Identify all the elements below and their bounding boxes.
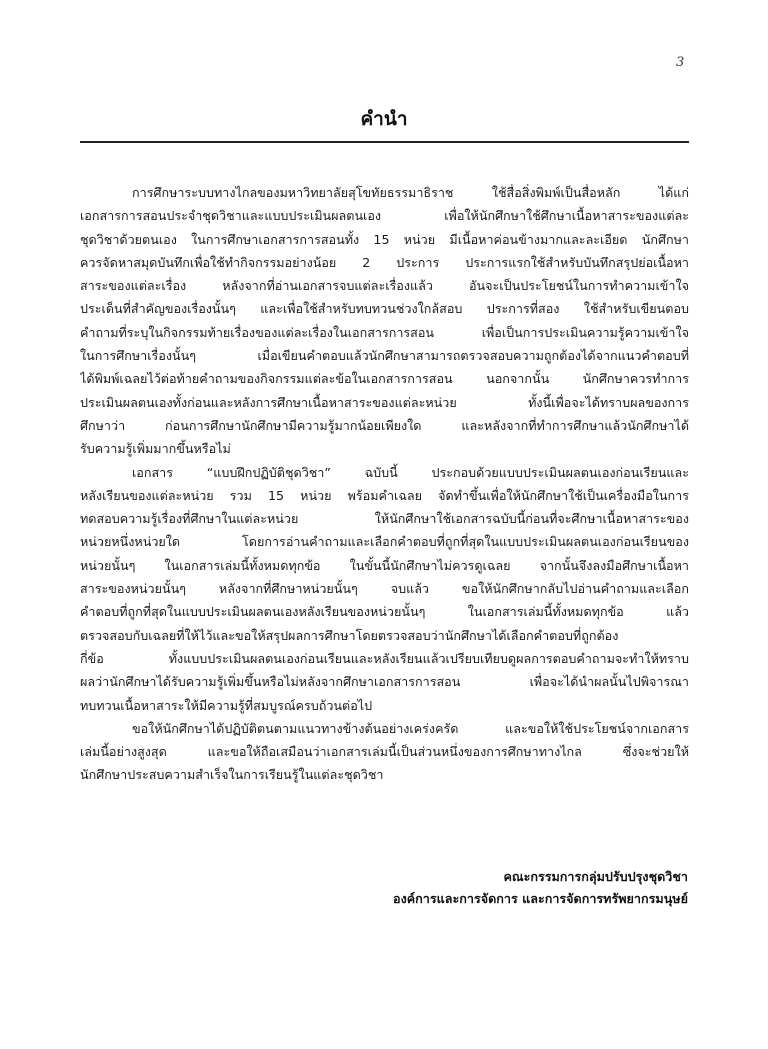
body-text-line: คำถามที่ระบุในกิจกรรมท้ายเรื่องของแต่ละเ… (80, 321, 689, 344)
title-divider (80, 141, 689, 143)
body-text-line: หลังเรียนของแต่ละหน่วย รวม 15 หน่วย พร้อ… (80, 484, 689, 507)
body-text-line: ชุดวิชาด้วยตนเอง ในการศึกษาเอกสารการสอนท… (80, 228, 689, 251)
body-text-line: เอกสาร “แบบฝึกปฏิบัติชุดวิชา” ฉบับนี้ ปร… (80, 461, 689, 484)
body-text-line: คำตอบที่ถูกที่สุดในแบบประเมินผลตนเองหลัง… (80, 600, 689, 623)
signature-committee: คณะกรรมการกลุ่มปรับปรุงชุดวิชา (393, 866, 688, 888)
body-text-line: กี่ข้อ ทั้งแบบประเมินผลตนเองก่อนเรียนและ… (80, 647, 689, 670)
signature-block: คณะกรรมการกลุ่มปรับปรุงชุดวิชา องค์การแล… (393, 866, 688, 910)
body-text-line: รับความรู้เพิ่มมากขึ้นหรือไม่ (80, 437, 689, 460)
body-text-line: สาระของหน่วยนั้นๆ หลังจากที่ศึกษาหน่วยนั… (80, 577, 689, 600)
body-text-line: หน่วยหนึ่งหน่วยใด โดยการอ่านคำถามและเลือ… (80, 530, 689, 553)
body-text-line: ตรวจสอบกับเฉลยที่ให้ไว้และขอให้สรุปผลการ… (80, 624, 689, 647)
body-text-line: ศึกษาว่า ก่อนการศึกษานักศึกษามีความรู้มา… (80, 414, 689, 437)
body-text-line: ผลว่านักศึกษาได้รับความรู้เพิ่มขึ้นหรือไ… (80, 670, 689, 693)
body-text-line: การศึกษาระบบทางไกลของมหาวิทยาลัยสุโขทัยธ… (80, 181, 689, 204)
body-text-line: ควรจัดหาสมุดบันทึกเพื่อใช้ทำกิจกรรมอย่าง… (80, 251, 689, 274)
page-number: 3 (676, 55, 684, 70)
body-text-line: ทดสอบความรู้เรื่องที่ศึกษาในแต่ละหน่วย ใ… (80, 507, 689, 530)
signature-subject: องค์การและการจัดการ และการจัดการทรัพยากร… (393, 888, 688, 910)
body-text-line: ทบทวนเนื้อหาสาระให้มีความรู้ที่สมบูรณ์คร… (80, 694, 689, 717)
body-text-line: ได้พิมพ์เฉลยไว้ต่อท้ายคำถามของกิจกรรมแต่… (80, 367, 689, 390)
body-text-line: ขอให้นักศึกษาได้ปฏิบัติตนตามแนวทางข้างต้… (80, 717, 689, 740)
body-text-line: ประเมินผลตนเองทั้งก่อนและหลังการศึกษาเนื… (80, 391, 689, 414)
preface-body: การศึกษาระบบทางไกลของมหาวิทยาลัยสุโขทัยธ… (80, 181, 689, 787)
body-text-line: หน่วยนั้นๆ ในเอกสารเล่มนี้ทั้งหมดทุกข้อ … (80, 554, 689, 577)
body-text-line: สาระของแต่ละเรื่อง หลังจากที่อ่านเอกสารจ… (80, 274, 689, 297)
body-text-line: ในการศึกษาเรื่องนั้นๆ เมื่อเขียนคำตอบแล้… (80, 344, 689, 367)
body-text-line: เล่มนี้อย่างสูงสุด และขอให้ถือเสมือนว่าเ… (80, 740, 689, 763)
body-text-line: ประเด็นที่สำคัญของเรื่องนั้นๆ และเพื่อใช… (80, 297, 689, 320)
page-title: คำนำ (0, 104, 768, 134)
body-text-line: เอกสารการสอนประจำชุดวิชาและแบบประเมินผลต… (80, 204, 689, 227)
body-text-line: นักศึกษาประสบความสำเร็จในการเรียนรู้ในแต… (80, 763, 689, 786)
